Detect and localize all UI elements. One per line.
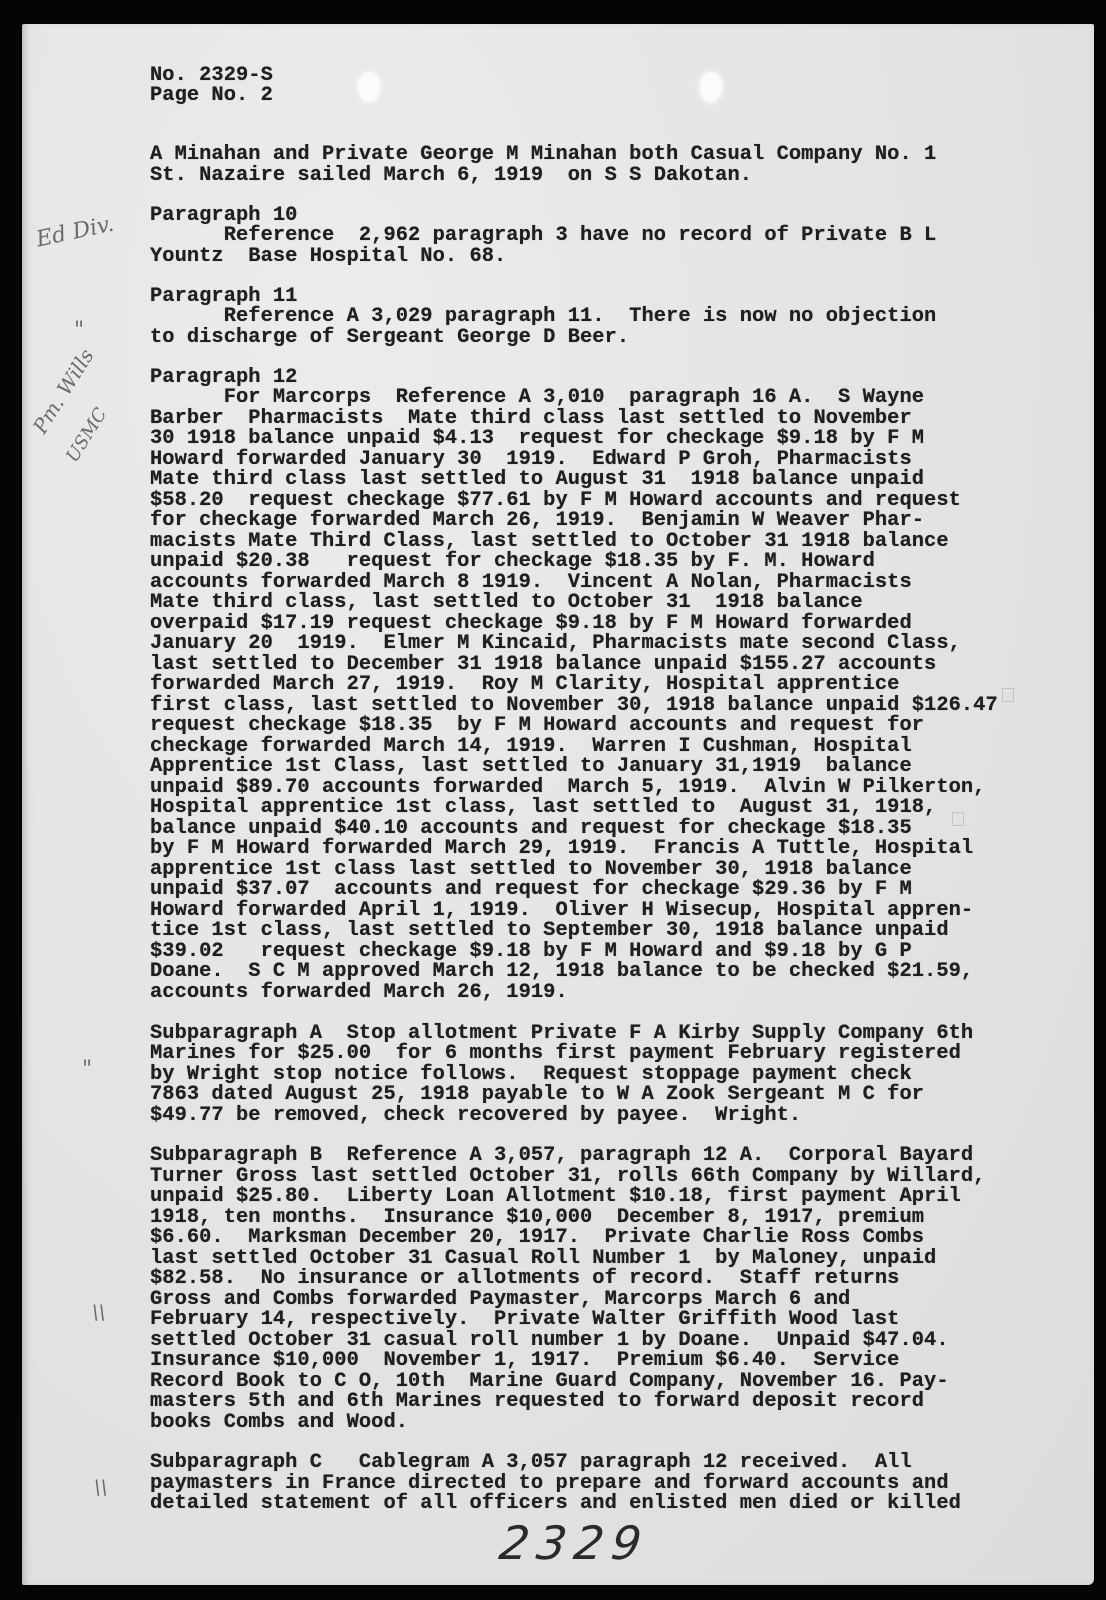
text-line: For Marcorps Reference A 3,010 paragraph… <box>150 388 924 409</box>
text-line: Hospital apprentice 1st class, last sett… <box>150 798 936 819</box>
text-line: January 20 1919. Elmer M Kincaid, Pharma… <box>150 634 961 655</box>
text-line: Marines for $25.00 for 6 months first pa… <box>150 1044 961 1065</box>
text-line: $6.60. Marksman December 20, 1917. Priva… <box>150 1228 924 1249</box>
text-line: Apprentice 1st Class, last settled to Ja… <box>150 757 912 778</box>
handwritten-margin-note: " <box>74 318 84 343</box>
text-line: unpaid $25.80. Liberty Loan Allotment $1… <box>150 1187 961 1208</box>
page-number: Page No. 2 <box>150 86 273 107</box>
handwritten-margin-note: \\ <box>92 1300 105 1324</box>
text-line: $82.58. No insurance or allotments of re… <box>150 1269 899 1290</box>
punch-hole-right <box>700 72 722 102</box>
text-line: 30 1918 balance unpaid $4.13 request for… <box>150 429 924 450</box>
handwritten-margin-note: " <box>82 1057 92 1082</box>
text-line: Yountz Base Hospital No. 68. <box>150 247 506 268</box>
text-line: $49.77 be removed, check recovered by pa… <box>150 1106 801 1127</box>
text-line: unpaid $20.38 request for checkage $18.3… <box>150 552 875 573</box>
text-line: accounts forwarded March 26, 1919. <box>150 983 568 1004</box>
text-line: detailed statement of all officers and e… <box>150 1494 961 1515</box>
text-line: request checkage $18.35 by F M Howard ac… <box>150 716 924 737</box>
text-line: forwarded March 27, 1919. Roy M Clarity,… <box>150 675 899 696</box>
text-line: Mate third class, last settled to Octobe… <box>150 593 863 614</box>
text-line: tice 1st class, last settled to Septembe… <box>150 921 949 942</box>
text-line: books Combs and Wood. <box>150 1413 408 1434</box>
text-line: Insurance $10,000 November 1, 1917. Prem… <box>150 1351 899 1372</box>
text-line: Subparagraph C Cablegram A 3,057 paragra… <box>150 1453 912 1474</box>
edge-mark <box>1002 688 1014 702</box>
text-line: February 14, respectively. Private Walte… <box>150 1310 899 1331</box>
edge-mark <box>952 812 964 826</box>
text-line: for checkage forwarded March 26, 1919. B… <box>150 511 924 532</box>
text-line: to discharge of Sergeant George D Beer. <box>150 328 629 349</box>
text-line: Doane. S C M approved March 12, 1918 bal… <box>150 962 973 983</box>
text-line: 7863 dated August 25, 1918 payable to W … <box>150 1085 924 1106</box>
text-line: Reference A 3,029 paragraph 11. There is… <box>150 307 936 328</box>
text-line: unpaid $37.07 accounts and request for c… <box>150 880 912 901</box>
text-line: Reference 2,962 paragraph 3 have no reco… <box>150 226 936 247</box>
handwritten-page-number: 2329 <box>496 1516 653 1570</box>
punch-hole-left <box>358 72 380 102</box>
text-line: masters 5th and 6th Marines requested to… <box>150 1392 924 1413</box>
text-line: Subparagraph B Reference A 3,057, paragr… <box>150 1146 973 1167</box>
text-line: St. Nazaire sailed March 6, 1919 on S S … <box>150 166 752 187</box>
text-line: A Minahan and Private George M Minahan b… <box>150 145 936 166</box>
handwritten-margin-note: \\ <box>94 1475 107 1499</box>
text-line: by F M Howard forwarded March 29, 1919. … <box>150 839 973 860</box>
text-line: Mate third class last settled to August … <box>150 470 924 491</box>
